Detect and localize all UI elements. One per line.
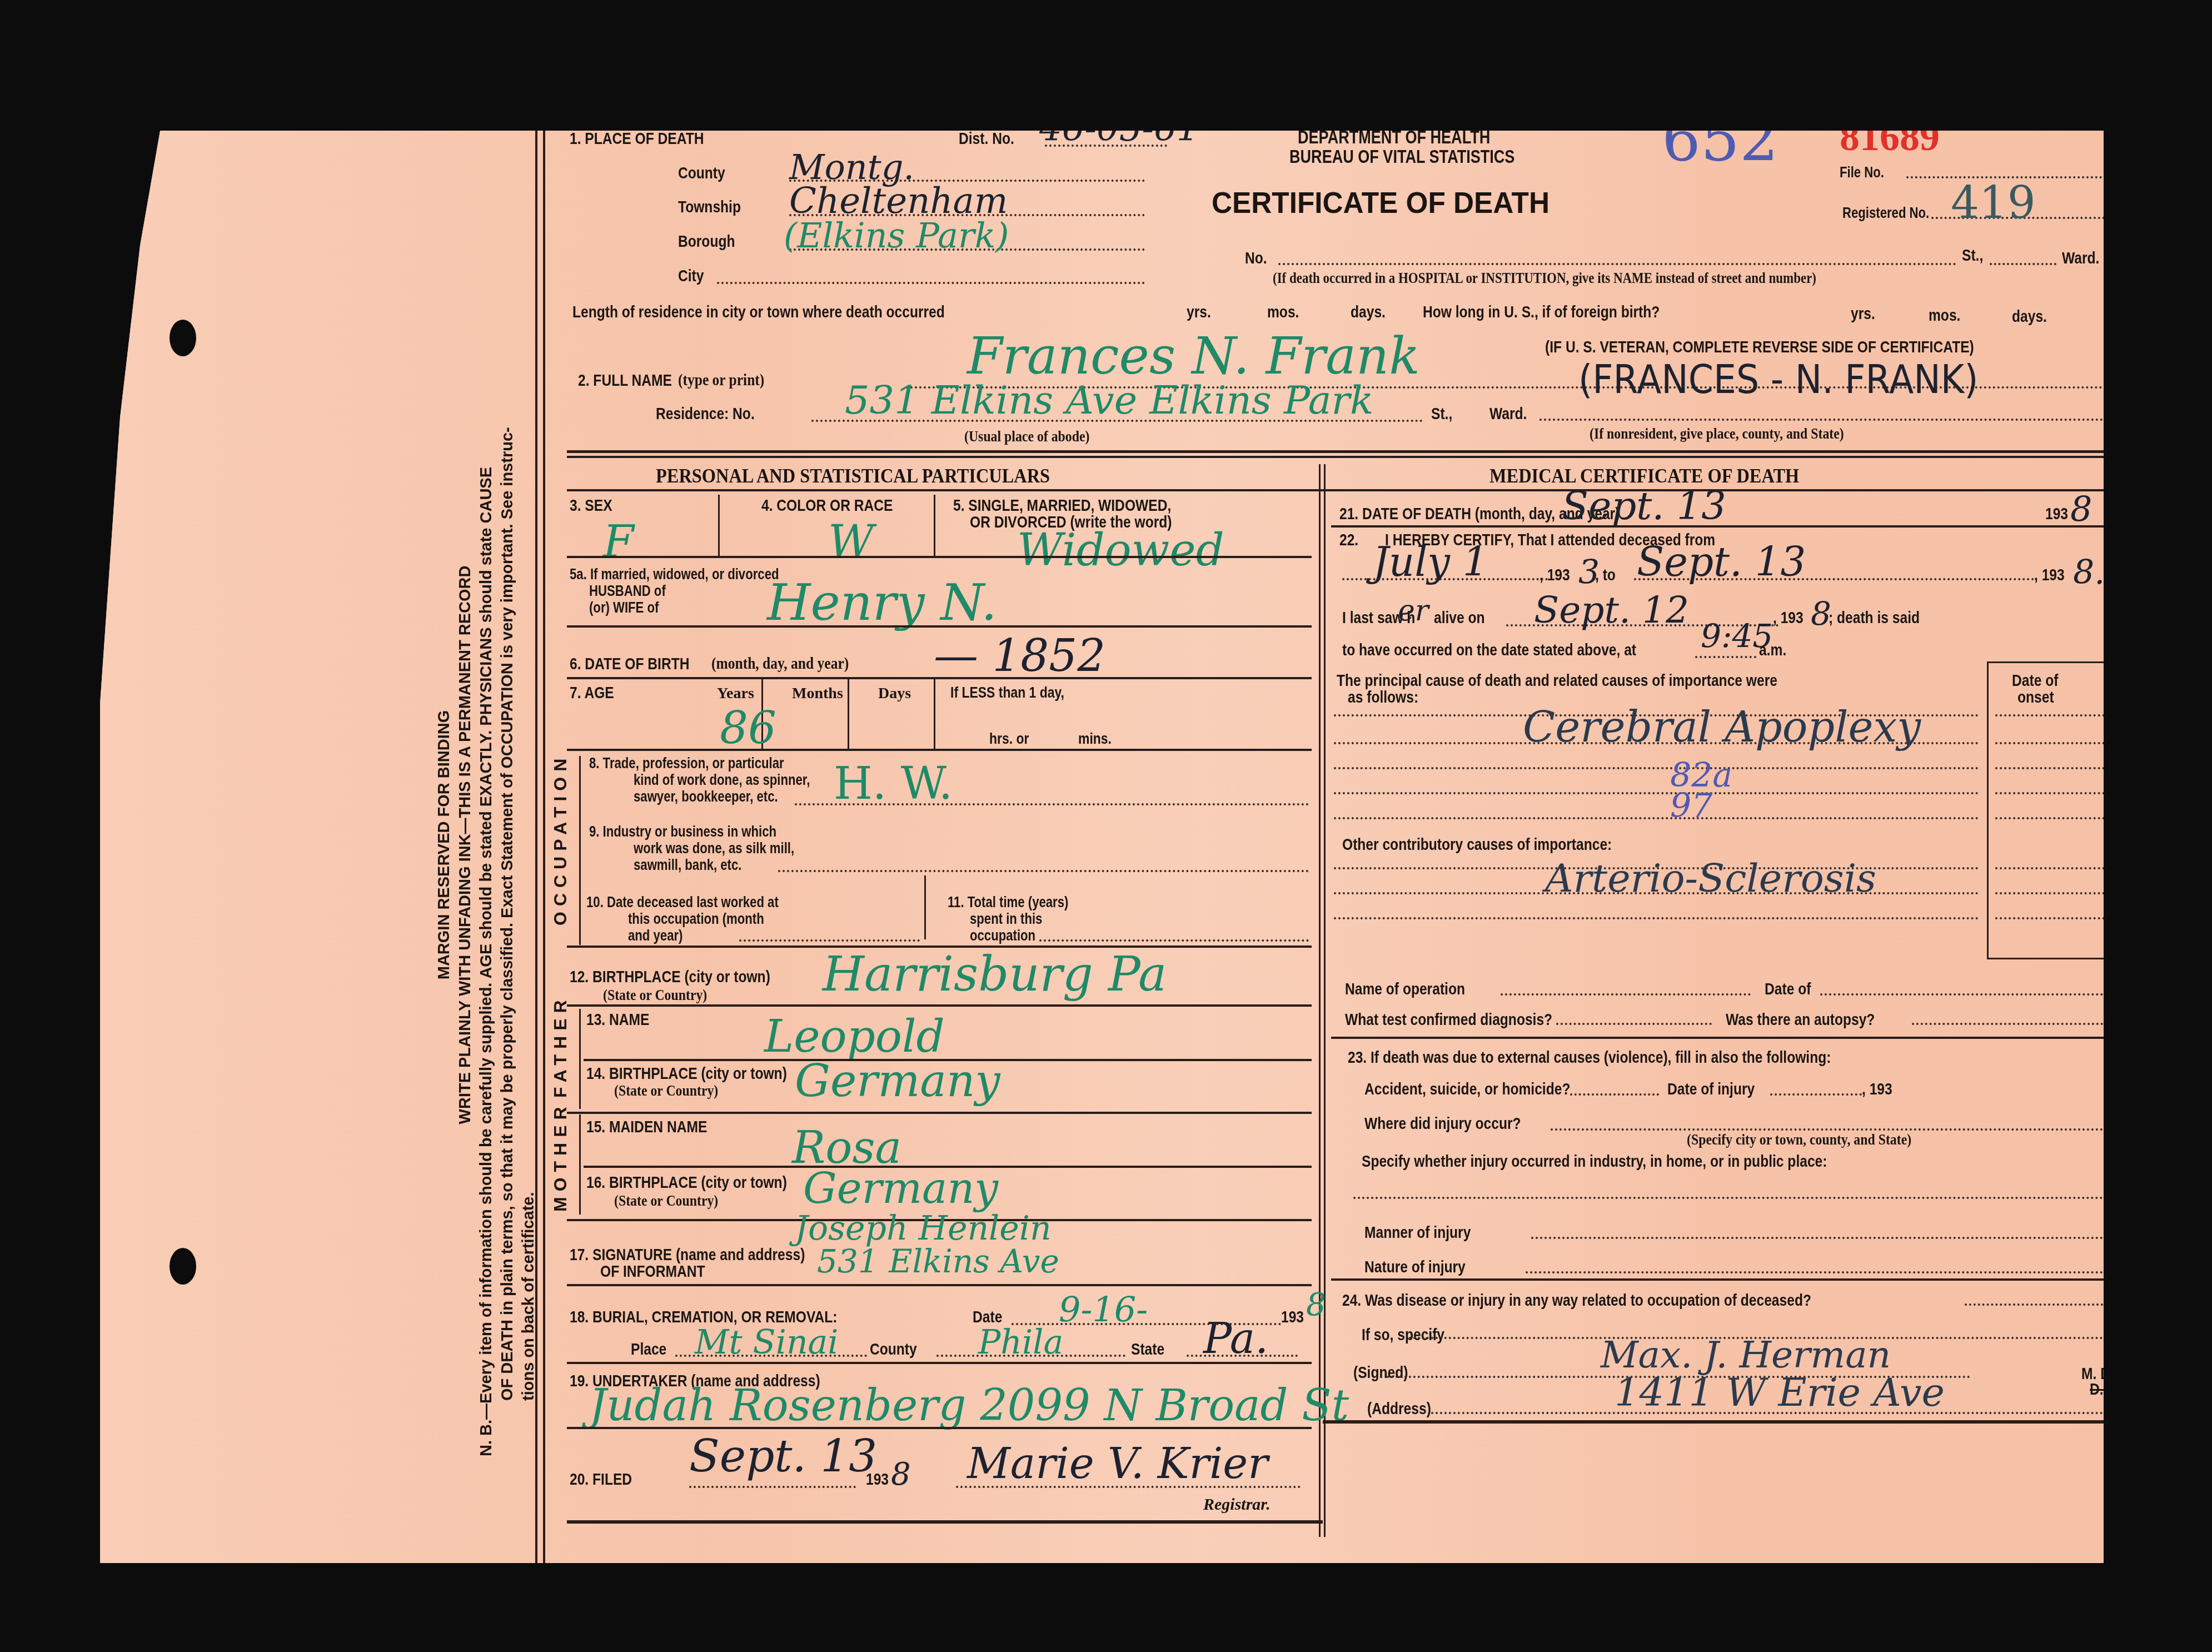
cause-line-4 — [1334, 792, 1979, 794]
cause-code-2: 97 — [1670, 789, 1712, 823]
registered-no-label: Registered No. — [1842, 206, 1929, 221]
us-yrs: yrs. — [1851, 306, 1875, 322]
veteran-note: (IF U. S. VETERAN, COMPLETE REVERSE SIDE… — [1545, 339, 1974, 356]
attended-from-year-prefix: , 193 — [1540, 567, 1570, 584]
filed-label: 20. FILED — [570, 1471, 632, 1488]
row-rule-18 — [567, 1362, 1312, 1364]
file-no-label: File No. — [1840, 165, 1884, 180]
totaltime-label-3: occupation — [970, 928, 1035, 943]
injury-date-label: Date of injury — [1667, 1081, 1755, 1098]
hospital-note: (If death occurred in a HOSPITAL or INST… — [1273, 270, 1816, 287]
occupation-vertical-label: OCCUPATION — [550, 753, 571, 925]
industry-line — [778, 870, 1309, 872]
time-line — [1695, 656, 1756, 658]
industry-label-2: work was done, as silk mill, — [634, 841, 794, 856]
operation-date-line — [1820, 993, 2112, 996]
onset-line-5 — [1995, 817, 2109, 819]
primary-dist-value: 46-05-61 — [1039, 111, 1199, 147]
column-divider-1 — [1319, 464, 1321, 1537]
row-rule-5 — [567, 556, 1312, 558]
filed-value: Sept. 13 — [689, 1434, 877, 1479]
burial-county-value: Phila — [978, 1326, 1063, 1359]
industry-label-3: sawmill, bank, etc. — [634, 858, 741, 873]
totaltime-label-1: 11. Total time (years) — [948, 895, 1068, 910]
operation-line — [1501, 993, 1751, 996]
attended-to-year-suffix: 8. — [2073, 556, 2105, 589]
operation-date-label: Date of — [1765, 981, 1811, 998]
dod-year-suffix: 8 — [2070, 492, 2092, 526]
specify-line — [1353, 1197, 2112, 1199]
occupation-bracket — [579, 756, 581, 945]
marital-value: Widowed — [1017, 528, 1224, 573]
race-label: 4. COLOR OR RACE — [761, 497, 893, 514]
row-rule-17 — [567, 1284, 1312, 1286]
annotation-652: 652 — [1662, 108, 1778, 170]
onset-line-3 — [1995, 767, 2109, 769]
file-number-stamp: 81689 — [1840, 114, 1940, 160]
race-divider — [934, 495, 935, 556]
occupation-related-label: 24. Was disease or injury in any way rel… — [1342, 1292, 1811, 1309]
personal-header: PERSONAL AND STATISTICAL PARTICULARS — [656, 464, 1050, 487]
spouse-value: Henry N. — [767, 578, 997, 628]
row-rule-7 — [567, 749, 1312, 751]
marital-label-1: 5. SINGLE, MARRIED, WIDOWED, — [953, 497, 1171, 514]
onset-label-1: Date of — [2012, 673, 2058, 689]
bottom-rule-right — [1323, 1420, 2112, 1424]
us-length-label: How long in U. S., if of foreign birth? — [1423, 304, 1660, 321]
full-name-script: Frances N. Frank — [967, 331, 1420, 382]
manner-label: Manner of injury — [1364, 1225, 1471, 1241]
attended-to-year-prefix: , 193 — [2034, 567, 2065, 584]
onset-line-1 — [1995, 714, 2109, 716]
address-label: (Address) — [1367, 1401, 1431, 1417]
totaltime-label-2: spent in this — [970, 912, 1042, 927]
personal-header-rule — [567, 489, 1420, 491]
margin-line-4: OF DEATH in plain terms, so that it may … — [497, 233, 518, 1456]
residence-ward-label: Ward. — [1489, 406, 1527, 422]
totaltime-line — [1039, 939, 1309, 942]
margin-line-3: N. B.—Every item of information should b… — [476, 233, 497, 1456]
state-value: Pa. — [1203, 1317, 1268, 1360]
county-label: County — [678, 165, 725, 182]
nonresident-line — [1540, 419, 2112, 421]
if-so-label: If so, specify — [1362, 1327, 1444, 1344]
us-mos: mos. — [1929, 307, 1960, 324]
accident-label: Accident, suicide, or homicide? — [1364, 1081, 1570, 1098]
other-cause-value: Arterio-Sclerosis — [1545, 859, 1876, 898]
informant-label-1: 17. SIGNATURE (name and address) — [570, 1247, 805, 1263]
mother-bp-value: Germany — [803, 1167, 998, 1210]
street-no-label: No. — [1245, 250, 1267, 267]
agency-line-3: BUREAU OF VITAL STATISTICS — [1289, 147, 1514, 166]
us-days: days. — [2012, 308, 2047, 325]
residence-st-label: St., — [1431, 406, 1452, 422]
primary-dist-label-2: Dist. No. — [959, 131, 1014, 147]
onset-bottom-rule — [1987, 958, 2112, 959]
informant-value-1: Joseph Henlein — [795, 1212, 1052, 1245]
row-rule-6 — [567, 677, 1312, 679]
full-name-label: 2. FULL NAME — [578, 372, 672, 389]
where-note: (Specify city or town, county, and State… — [1687, 1131, 1911, 1149]
age-mins-label: mins. — [1078, 731, 1112, 747]
res-days: days. — [1351, 304, 1386, 321]
borough-label: Borough — [678, 233, 735, 250]
time-suffix: a.m. — [1759, 642, 1786, 659]
row-rule-5a — [567, 625, 1312, 628]
autopsy-label: Was there an autopsy? — [1726, 1012, 1875, 1028]
address-value: 1411 W Erie Ave — [1615, 1373, 1945, 1412]
onset-line-2 — [1995, 742, 2109, 744]
row-rule-12 — [567, 1004, 1312, 1007]
cause-line-5 — [1334, 817, 1979, 819]
column-divider-2 — [1324, 464, 1326, 1537]
ward-label-top: Ward. — [2062, 250, 2099, 267]
mother-bp-label-2: (State or Country) — [614, 1192, 718, 1210]
onset-label-2: onset — [2017, 689, 2054, 706]
nature-label: Nature of injury — [1364, 1259, 1466, 1276]
bottom-rule-left — [567, 1520, 1323, 1524]
age-label: 7. AGE — [570, 685, 614, 701]
age-years-value: 86 — [720, 706, 776, 750]
injury-year: , 193 — [1862, 1081, 1892, 1098]
father-vertical-label: FATHER — [550, 994, 571, 1098]
place-value: Mt Sinai — [695, 1326, 839, 1359]
state-label: State — [1131, 1341, 1164, 1358]
cause-label-2: as follows: — [1348, 689, 1418, 706]
trade-value: H. W. — [834, 762, 953, 806]
township-value: Cheltenham — [789, 183, 1008, 219]
attended-to-label: , to — [1595, 567, 1616, 584]
father-bp-label-1: 14. BIRTHPLACE (city or town) — [586, 1066, 787, 1082]
injury-date-line — [1770, 1093, 1862, 1096]
father-name-value: Leopold — [764, 1014, 945, 1059]
onset-top-rule — [1987, 661, 2112, 663]
row-rule-19 — [567, 1427, 1312, 1429]
dob-value: — 1852 — [934, 634, 1105, 678]
sex-label: 3. SEX — [570, 497, 612, 514]
certificate-title: CERTIFICATE OF DEATH — [1212, 188, 1550, 218]
birthplace-label-2: (State or Country) — [603, 987, 707, 1004]
test-line — [1556, 1023, 1712, 1025]
medical-rule-22 — [1331, 1037, 2112, 1039]
burial-county-label: County — [870, 1341, 917, 1358]
nature-line — [1526, 1271, 2112, 1273]
res-mos: mos. — [1267, 304, 1299, 321]
registered-no-value: 419 — [1951, 181, 2036, 225]
primary-dist-label-1: Primary — [959, 111, 1010, 128]
spouse-label-3: (or) WIFE of — [589, 600, 659, 615]
trade-label-3: sawyer, bookkeeper, etc. — [634, 789, 778, 804]
borough-value: (Elkins Park) — [784, 218, 1009, 253]
external-label: 23. If death was due to external causes … — [1348, 1049, 1831, 1066]
dod-value: Sept. 13 — [1562, 486, 1726, 525]
place-of-death-label: 1. PLACE OF DEATH — [570, 131, 704, 147]
attended-to-value: Sept. 13 — [1637, 542, 1806, 582]
alive-on-label: alive on — [1434, 610, 1485, 626]
punch-hole-top — [170, 320, 196, 356]
father-bracket — [579, 1009, 581, 1109]
onset-divider — [1987, 661, 1989, 959]
last-saw-pronoun: er — [1398, 596, 1429, 625]
father-name-label: 13. NAME — [586, 1012, 649, 1028]
last-saw-value: Sept. 12 — [1534, 592, 1689, 629]
age-hrs-label: hrs. or — [989, 731, 1029, 747]
informant-value-2: 531 Elkins Ave — [817, 1245, 1059, 1277]
margin-line-2: WRITE PLAINLY WITH UNFADING INK—THIS IS … — [455, 233, 476, 1456]
binding-rule-1 — [535, 131, 537, 1563]
registrar-label: Registrar. — [1203, 1495, 1271, 1514]
onset-line-6 — [1995, 867, 2109, 869]
township-label: Township — [678, 199, 741, 216]
sex-divider — [718, 495, 720, 556]
signed-label: (Signed) — [1353, 1365, 1408, 1381]
age-divider-2 — [848, 679, 849, 749]
punch-hole-bottom — [170, 1248, 196, 1285]
registrar-value: Marie V. Krier — [967, 1442, 1268, 1485]
mother-bp-label-1: 16. BIRTHPLACE (city or town) — [586, 1175, 787, 1191]
occupation-related-line — [1965, 1303, 2112, 1306]
cause-label-1: The principal cause of death and related… — [1337, 673, 1777, 689]
age-days-label: Days — [878, 685, 911, 703]
residence-length-label: Length of residence in city or town wher… — [572, 304, 945, 321]
other-causes-label: Other contributory causes of importance: — [1342, 837, 1612, 853]
section-rule-1 — [567, 450, 2115, 453]
onset-line-8 — [1995, 917, 2109, 919]
occurred-label: to have occurred on the date stated abov… — [1342, 642, 1636, 659]
ward-line-top — [1990, 263, 2056, 265]
mother-bracket — [579, 1114, 581, 1215]
lastworked-line — [739, 939, 920, 942]
father-bp-value: Germany — [795, 1059, 1000, 1103]
section-rule-2 — [567, 456, 2115, 458]
filed-year-prefix: 193 — [866, 1471, 889, 1488]
row-rule-14 — [567, 1112, 1312, 1114]
agency-line-1: COMMONWEALTH OF PENNSYLVANIA — [1262, 108, 1540, 127]
trade-label-1: 8. Trade, profession, or particular — [589, 756, 784, 771]
accident-line — [1570, 1093, 1659, 1096]
res-yrs: yrs. — [1187, 304, 1211, 321]
full-name-sub: (type or print) — [678, 371, 764, 390]
signed-value: Max. J. Herman — [1601, 1337, 1891, 1374]
mother-name-label: 15. MAIDEN NAME — [586, 1119, 707, 1136]
dod-year-prefix: 193 — [2045, 506, 2068, 523]
abode-note: (Usual place of abode) — [964, 428, 1089, 446]
where-label: Where did injury occur? — [1364, 1116, 1521, 1132]
death-said-label: ; death is said — [1829, 610, 1920, 626]
where-line — [1551, 1128, 2112, 1131]
mother-vertical-label: MOTHER — [550, 1101, 571, 1212]
operation-label: Name of operation — [1345, 981, 1465, 998]
other-cause-line-3 — [1334, 917, 1979, 919]
agency-line-2: DEPARTMENT OF HEALTH — [1298, 128, 1490, 146]
informant-label-2: OF INFORMANT — [600, 1263, 705, 1280]
city-label: City — [678, 268, 704, 285]
form-code: HVS-5B—50M—9-36 — [567, 93, 721, 112]
filed-year-suffix: 8 — [891, 1459, 911, 1490]
place-label: Place — [631, 1341, 666, 1358]
last-saw-year-prefix: , 193 — [1773, 610, 1804, 626]
age-divider-3 — [934, 679, 935, 749]
spouse-label-1: 5a. If married, widowed, or divorced — [570, 567, 779, 582]
birthplace-label-1: 12. BIRTHPLACE (city or town) — [570, 969, 770, 986]
lastworked-label-1: 10. Date deceased last worked at — [586, 895, 779, 910]
residence-value: 531 Elkins Ave Elkins Park — [845, 381, 1373, 420]
city-line — [717, 282, 1145, 284]
industry-label-1: 9. Industry or business in which — [589, 824, 776, 839]
do-label: D. O. — [2090, 1381, 2121, 1398]
principal-cause-value: Cerebral Apoplexy — [1523, 706, 1921, 748]
nonresident-note: (If nonresident, give place, county, and… — [1590, 425, 1844, 443]
dob-label: 6. DATE OF BIRTH — [570, 656, 689, 673]
trade-label-2: kind of work done, as spinner, — [634, 773, 810, 788]
binding-rule-2 — [543, 131, 545, 1563]
specify-label: Specify whether injury occurred in indus… — [1362, 1153, 1827, 1170]
burial-year-suffix: 8 — [1306, 1290, 1326, 1321]
attended-from-value: July 1 — [1373, 542, 1488, 582]
death-certificate-page: MARGIN RESERVED FOR BINDING WRITE PLAINL… — [100, 131, 2104, 1563]
lastworked-label-3: and year) — [628, 928, 682, 943]
street-line — [1278, 263, 1956, 265]
full-name-print: (FRANCES - N. FRANK) — [1578, 356, 1979, 402]
dob-sub: (month, day, and year) — [711, 654, 849, 673]
burial-date-value: 9-16- — [1059, 1292, 1148, 1327]
burial-year-prefix: 193 — [1281, 1309, 1304, 1326]
age-years-label: Years — [717, 685, 754, 703]
test-label: What test confirmed diagnosis? — [1345, 1012, 1552, 1028]
onset-line-4 — [1995, 792, 2109, 794]
filed-line — [689, 1486, 856, 1488]
residence-label: Residence: No. — [656, 406, 755, 422]
cause-line-3 — [1334, 767, 1979, 769]
dod-rule — [1331, 525, 2112, 528]
medical-rule-23 — [1331, 1278, 2112, 1281]
occupation-divider — [924, 875, 926, 939]
birthplace-value: Harrisburg Pa — [823, 951, 1167, 998]
age-less-label: If LESS than 1 day, — [950, 685, 1064, 700]
street-st-label: St., — [1962, 247, 1983, 264]
autopsy-line — [1912, 1023, 2112, 1025]
lastworked-label-2: this occupation (month — [628, 912, 764, 927]
manner-line — [1531, 1237, 2112, 1239]
onset-line-7 — [1995, 892, 2109, 894]
age-months-label: Months — [792, 685, 843, 703]
margin-line-1: MARGIN RESERVED FOR BINDING — [434, 233, 455, 1456]
father-bp-label-2: (State or Country) — [614, 1082, 718, 1100]
spouse-label-2: HUSBAND of — [589, 584, 666, 599]
undertaker-value: Judah Rosenberg 2099 N Broad St — [589, 1384, 1349, 1427]
county-value: Montg. — [789, 150, 914, 185]
